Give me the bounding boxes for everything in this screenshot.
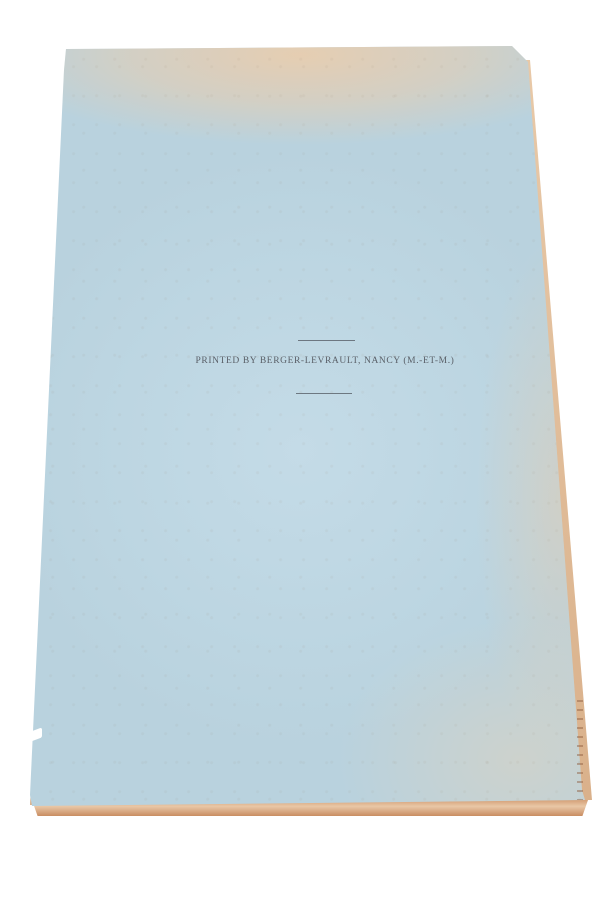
printer-imprint: PRINTED BY BERGER-LEVRAULT, NANCY (M.-ET… (170, 356, 480, 366)
photo-scene: PRINTED BY BERGER-LEVRAULT, NANCY (M.-ET… (0, 0, 600, 900)
rule-above-imprint (298, 340, 355, 341)
rule-below-imprint (296, 393, 352, 394)
foxing-spots (577, 700, 583, 800)
book-back-cover: PRINTED BY BERGER-LEVRAULT, NANCY (M.-ET… (0, 0, 600, 900)
